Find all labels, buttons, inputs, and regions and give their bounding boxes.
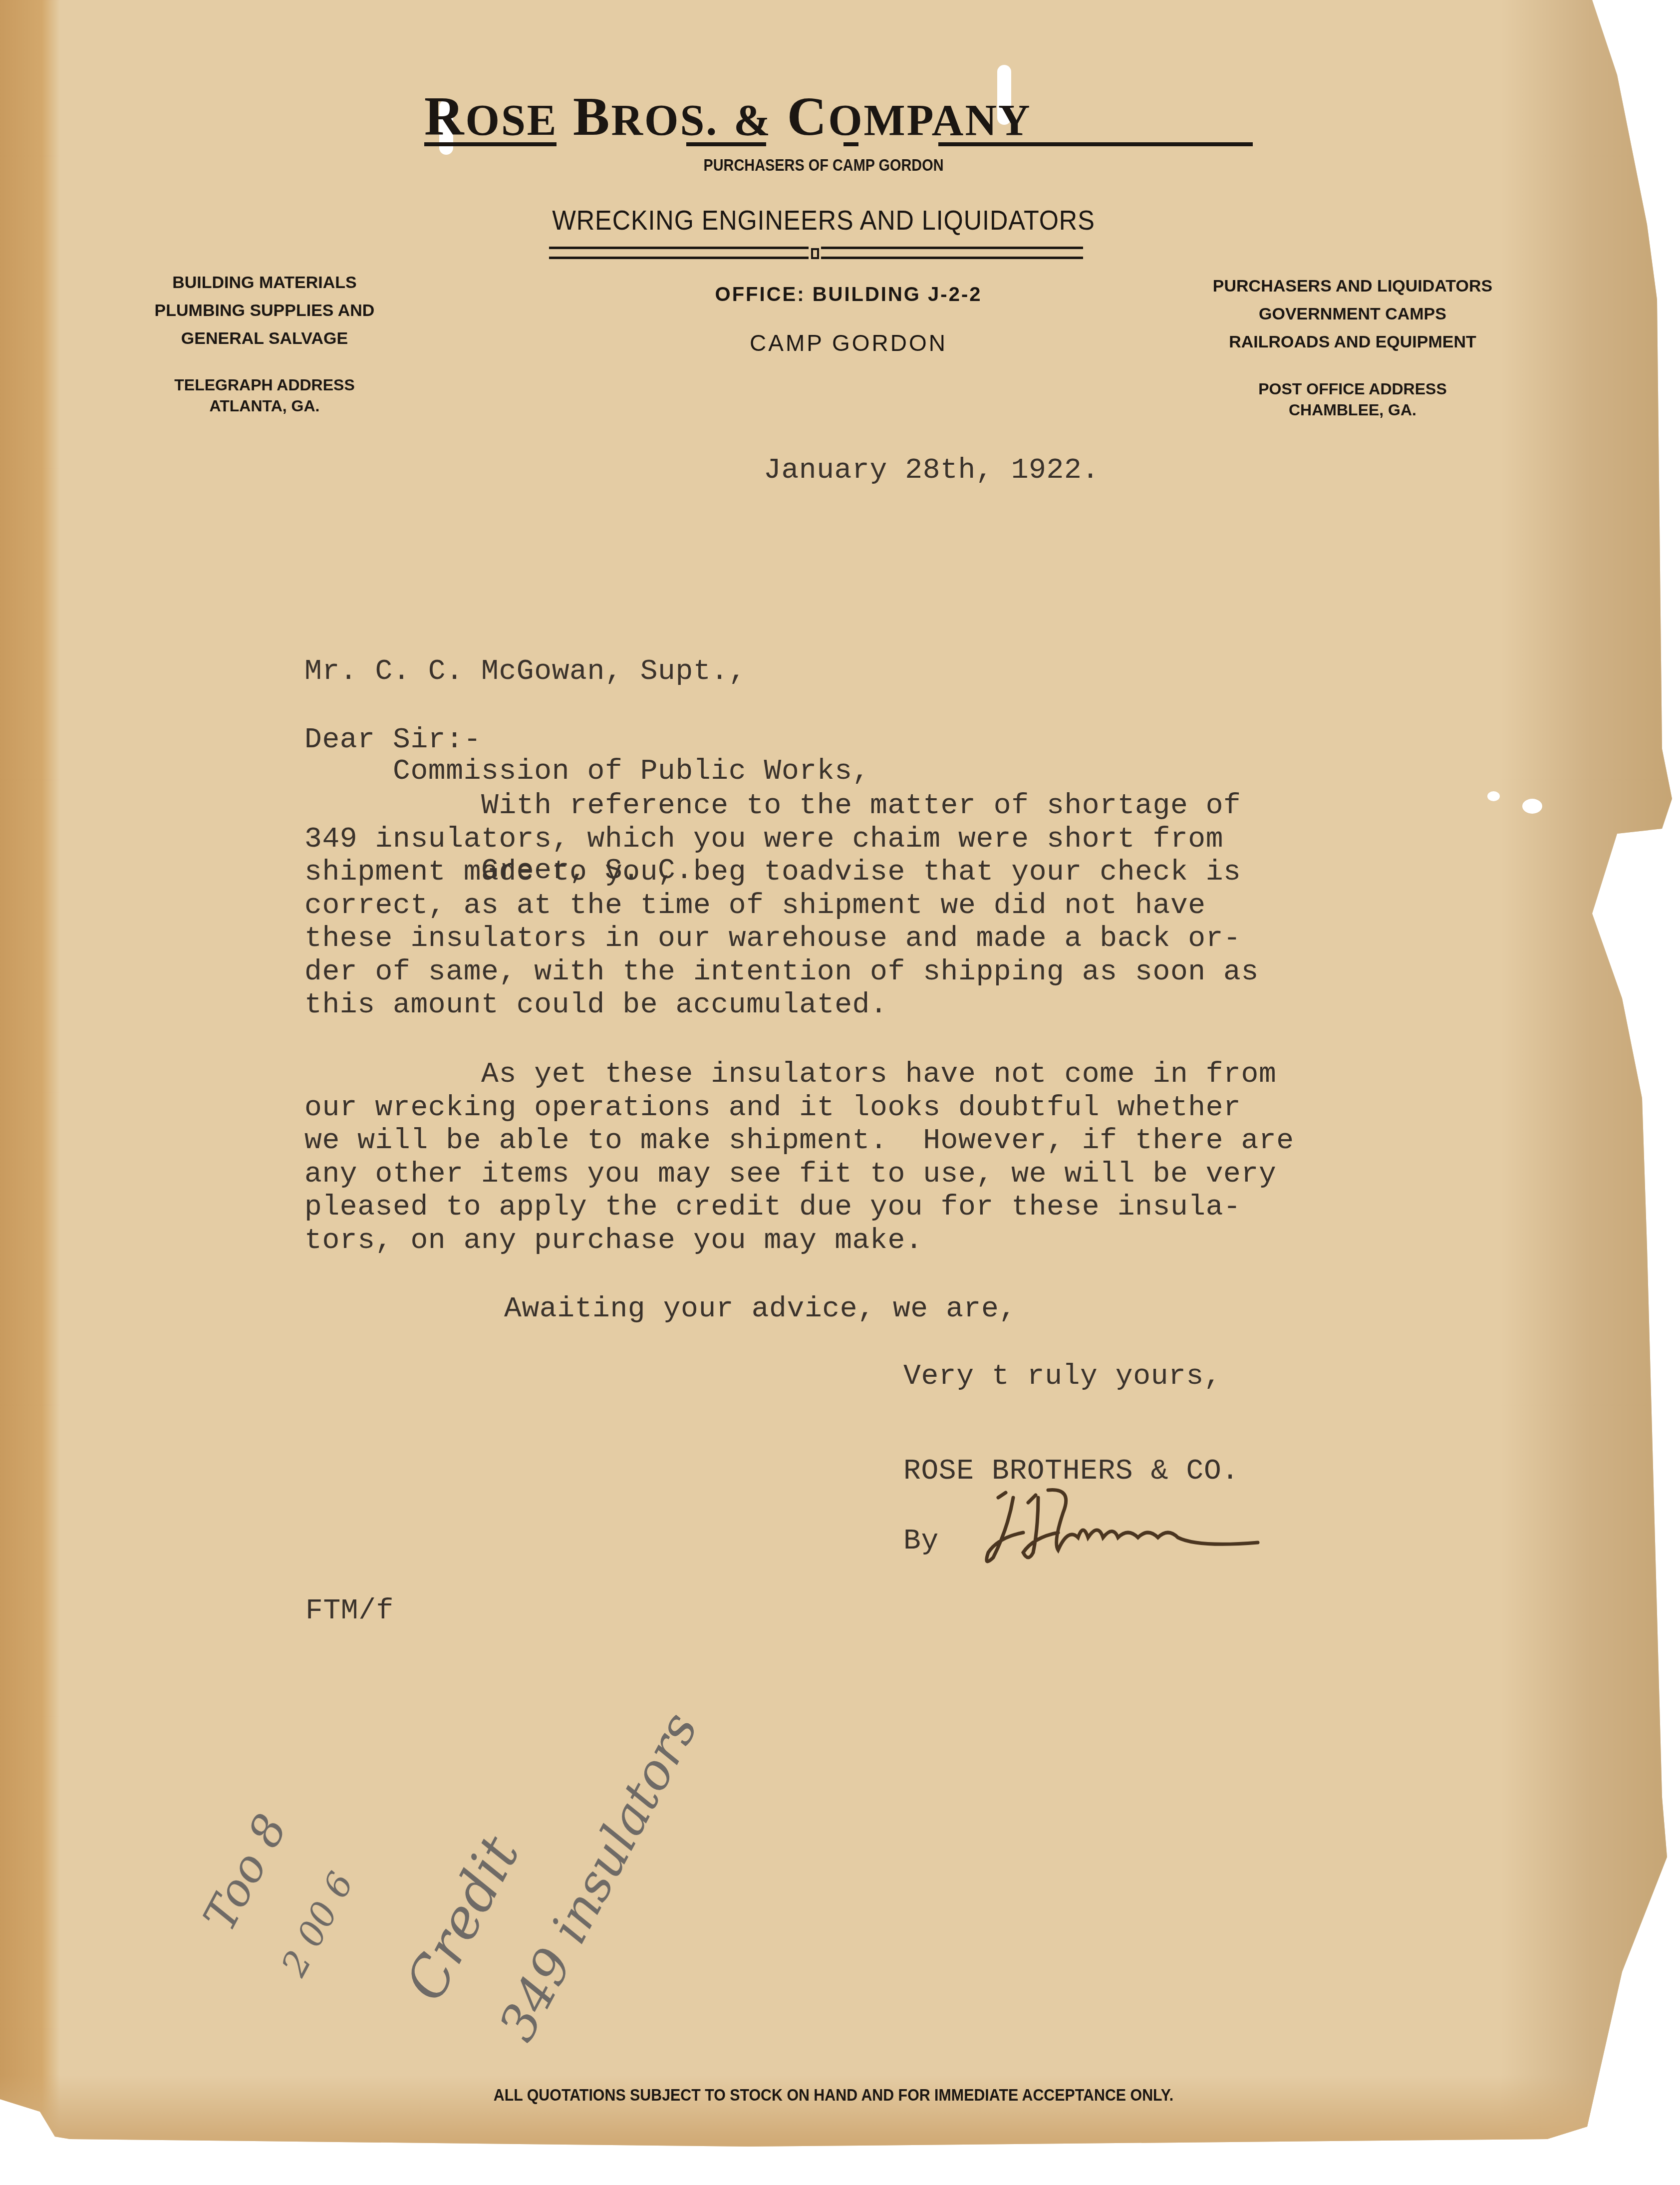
salutation: Dear Sir:- (304, 724, 481, 757)
body-paragraph-1: With reference to the matter of shortage… (304, 790, 1259, 1022)
right-services-list: PURCHASERS AND LIQUIDATORS GOVERNMENT CA… (1188, 272, 1517, 356)
telegraph-address-label: TELEGRAPH ADDRESS (135, 374, 394, 395)
footer-disclaimer: ALL QUOTATIONS SUBJECT TO STOCK ON HAND … (443, 2086, 1224, 2105)
recipient-line: Mr. C. C. McGowan, Supt., (304, 655, 870, 689)
signature-company: ROSE BROTHERS & CO. (903, 1455, 1239, 1489)
company-name-ampersand: & (734, 96, 772, 145)
ornamental-rule (549, 247, 1083, 262)
post-office-address-value: CHAMBLEE, GA. (1188, 399, 1517, 420)
company-name: ROSE BROS. & COMPANY (424, 85, 1253, 148)
edge-stain-left (0, 0, 60, 2185)
letterhead-subtitle: PURCHASERS OF CAMP GORDON (688, 156, 959, 175)
company-name-ros: ROS. (611, 96, 718, 145)
complimentary-close: Very t ruly yours, (903, 1360, 1221, 1394)
company-name-b: B (573, 86, 611, 147)
title-underline (686, 142, 766, 146)
office-location: CAMP GORDON (649, 329, 1048, 356)
service-line: BUILDING MATERIALS (135, 269, 394, 297)
recipient-line: Commission of Public Works, (304, 755, 870, 789)
title-underline (938, 142, 1253, 146)
paper-hole (1487, 791, 1500, 801)
edge-stain-right (1500, 0, 1680, 2185)
body-paragraph-2: As yet these insulators have not come in… (304, 1058, 1294, 1257)
service-line: PLUMBING SUPPLIES AND (135, 297, 394, 324)
company-name-ose: OSE (465, 96, 558, 145)
company-name-c: C (787, 86, 828, 147)
title-underline (487, 142, 557, 146)
company-name-r: R (424, 86, 465, 147)
service-line: RAILROADS AND EQUIPMENT (1188, 328, 1517, 356)
left-services-list: BUILDING MATERIALS PLUMBING SUPPLIES AND… (135, 269, 394, 352)
post-office-address-label: POST OFFICE ADDRESS (1188, 378, 1517, 399)
reference-initials: FTM/f (305, 1595, 394, 1628)
paper-hole (1522, 799, 1542, 814)
ornament-box-icon (811, 248, 819, 259)
service-line: PURCHASERS AND LIQUIDATORS (1188, 272, 1517, 300)
closing-line: Awaiting your advice, we are, (504, 1293, 1017, 1326)
letter-date: January 28th, 1922. (764, 454, 1100, 488)
company-name-ompany: OMPANY (828, 96, 1031, 145)
service-line: GENERAL SALVAGE (135, 324, 394, 352)
letterhead-tagline: WRECKING ENGINEERS AND LIQUIDATORS (532, 204, 1116, 236)
title-underline (843, 142, 858, 146)
signature-by-label: By (903, 1525, 939, 1559)
telegraph-address: TELEGRAPH ADDRESS ATLANTA, GA. (135, 374, 394, 416)
post-office-address: POST OFFICE ADDRESS CHAMBLEE, GA. (1188, 378, 1517, 420)
office-building: OFFICE: BUILDING J-2-2 (649, 284, 1048, 306)
handwritten-signature (978, 1488, 1328, 1567)
service-line: GOVERNMENT CAMPS (1188, 300, 1517, 328)
telegraph-address-value: ATLANTA, GA. (135, 395, 394, 416)
